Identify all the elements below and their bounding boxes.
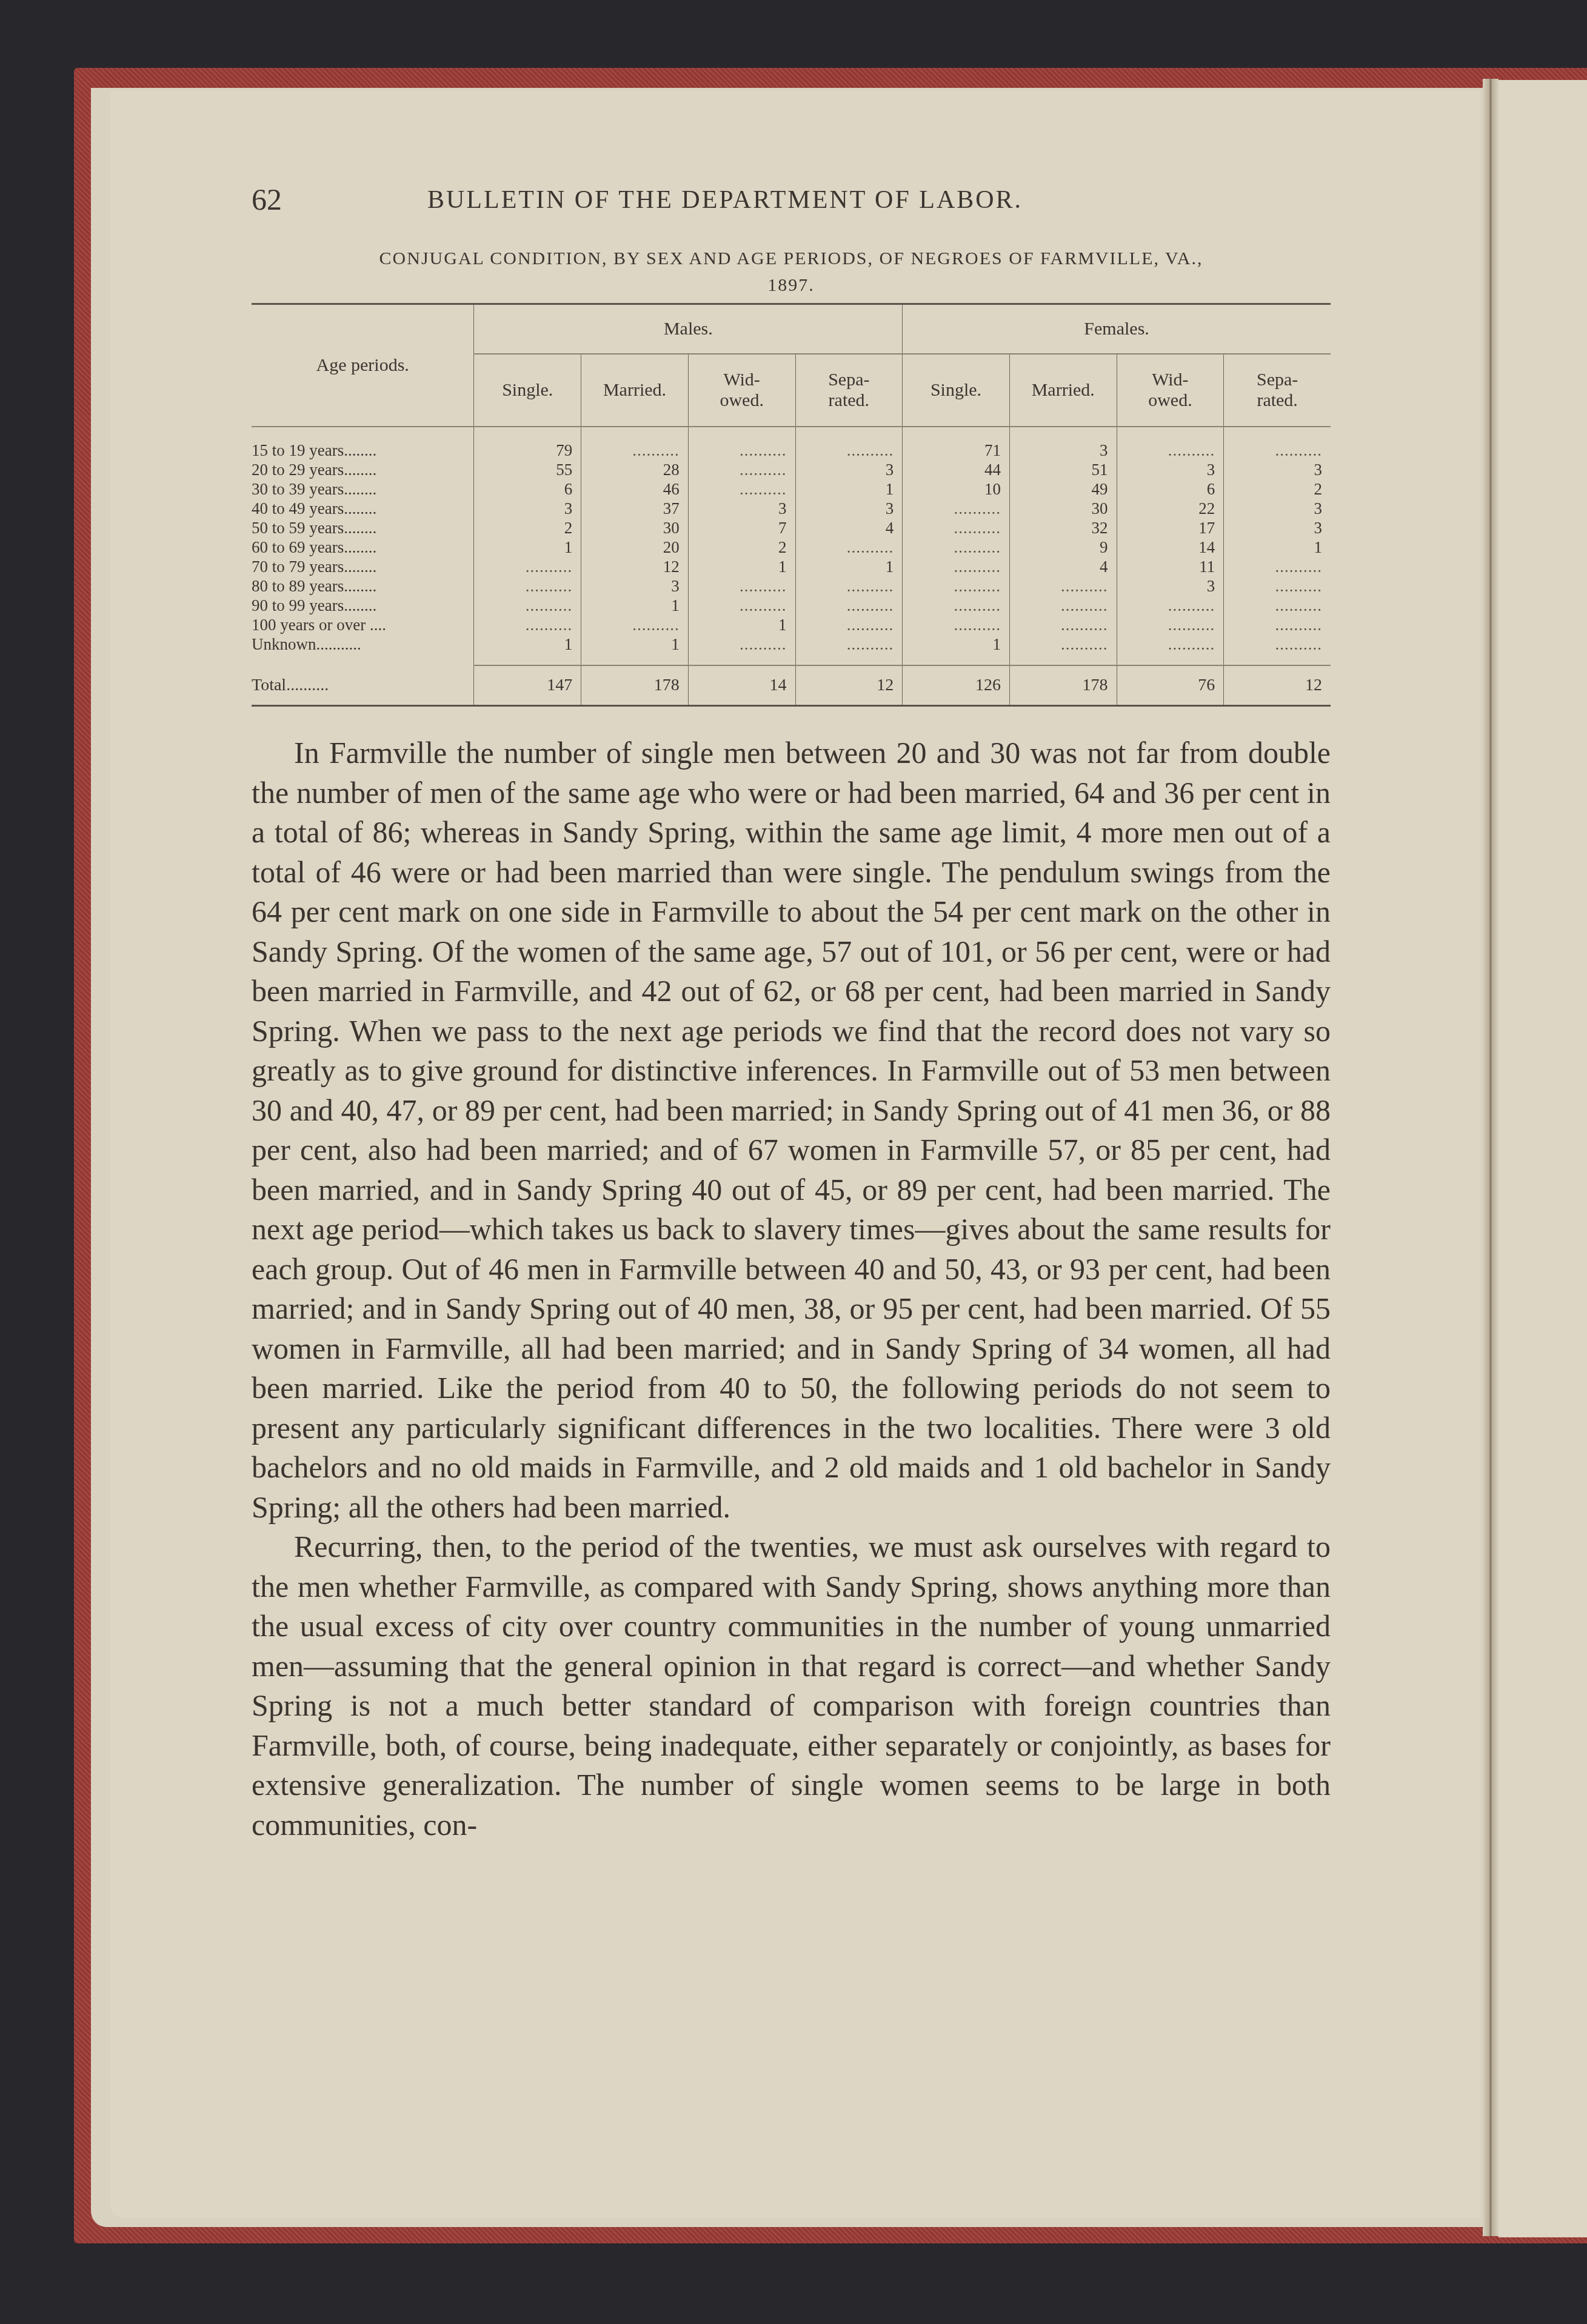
table-cell: 14	[688, 665, 795, 706]
table-title-line-2: 1897.	[252, 272, 1331, 299]
table-cell: 12	[1224, 665, 1331, 706]
table-cell: 2	[1224, 479, 1331, 499]
table-cell: 147	[474, 665, 581, 706]
table-cell: 12	[581, 557, 689, 576]
table-cell: 2	[688, 538, 795, 557]
table-cell: 28	[581, 460, 689, 479]
table-row: 90 to 99 years..................1.......…	[252, 596, 1331, 615]
table-cell: ..........	[903, 499, 1010, 518]
table-cell: ..........	[1224, 596, 1331, 615]
column-header: Wid-owed.	[688, 354, 795, 427]
table-cell: 55	[474, 460, 581, 479]
table-cell: 3	[1224, 460, 1331, 479]
table-cell: 4	[795, 518, 903, 538]
column-header: Single.	[474, 354, 581, 427]
table-row: 15 to 19 years........79................…	[252, 427, 1331, 460]
table-cell: 3	[1009, 427, 1117, 460]
table-cell: 1	[474, 538, 581, 557]
book-gutter	[1483, 79, 1498, 2236]
table-cell: 178	[1009, 665, 1117, 706]
table-cell: 1	[581, 634, 689, 654]
males-group-header: Males.	[474, 305, 903, 354]
row-label: 80 to 89 years........	[252, 576, 474, 596]
table-cell: 1	[903, 634, 1010, 654]
table-cell: ..........	[688, 479, 795, 499]
table-cell: ..........	[903, 518, 1010, 538]
table-cell: 71	[903, 427, 1010, 460]
table-row: 40 to 49 years........33733..........302…	[252, 499, 1331, 518]
table-cell: 1	[581, 596, 689, 615]
table-cell: 14	[1117, 538, 1224, 557]
table-cell: 37	[581, 499, 689, 518]
table-cell: ..........	[795, 538, 903, 557]
table-cell: 79	[474, 427, 581, 460]
table-cell: ..........	[688, 596, 795, 615]
table-cell: 44	[903, 460, 1010, 479]
table-cell: ..........	[1224, 427, 1331, 460]
table-row: 70 to 79 years..................1211....…	[252, 557, 1331, 576]
table-cell: ..........	[903, 557, 1010, 576]
table-cell: ..........	[1117, 634, 1224, 654]
running-head: 62 BULLETIN OF THE DEPARTMENT OF LABOR.	[252, 182, 1331, 218]
table-cell: ..........	[903, 596, 1010, 615]
table-cell: ..........	[795, 596, 903, 615]
table-cell: 30	[581, 518, 689, 538]
table-cell: 3	[474, 499, 581, 518]
row-label: 60 to 69 years........	[252, 538, 474, 557]
table-cell: 32	[1009, 518, 1117, 538]
row-label: 20 to 29 years........	[252, 460, 474, 479]
table-cell: 46	[581, 479, 689, 499]
table-cell: ..........	[795, 634, 903, 654]
table-cell: ..........	[1117, 596, 1224, 615]
column-header-line: owed.	[689, 390, 795, 411]
column-header-line: Sepa-	[1224, 370, 1331, 390]
table-cell: ..........	[688, 576, 795, 596]
table-cell: ..........	[474, 576, 581, 596]
column-header-line: Single.	[474, 380, 581, 401]
table-cell: ..........	[903, 538, 1010, 557]
table-cell: ..........	[903, 576, 1010, 596]
table-cell: 126	[903, 665, 1010, 706]
table-cell: 17	[1117, 518, 1224, 538]
facing-page-edge	[1498, 80, 1587, 2237]
table-cell: 3	[1117, 460, 1224, 479]
table-cell: ..........	[1009, 634, 1117, 654]
table-cell: 4	[1009, 557, 1117, 576]
column-header-line: rated.	[796, 390, 903, 411]
table-cell: ..........	[1224, 576, 1331, 596]
table-cell: 10	[903, 479, 1010, 499]
row-label: 70 to 79 years........	[252, 557, 474, 576]
table-cell: 3	[1117, 576, 1224, 596]
row-label: 30 to 39 years........	[252, 479, 474, 499]
table-cell: 3	[795, 460, 903, 479]
total-row: Total..........14717814121261787612	[252, 665, 1331, 706]
table-cell: 3	[1224, 499, 1331, 518]
table-cell: ..........	[1224, 634, 1331, 654]
table-cell: ..........	[474, 596, 581, 615]
table-cell: 3	[688, 499, 795, 518]
table-cell: 178	[581, 665, 689, 706]
table-title-line-1: CONJUGAL CONDITION, BY SEX AND AGE PERIO…	[252, 245, 1331, 272]
row-label: 90 to 99 years........	[252, 596, 474, 615]
table-cell: 20	[581, 538, 689, 557]
table-row: Unknown...........11....................…	[252, 634, 1331, 654]
table-cell: ..........	[795, 576, 903, 596]
column-header: Married.	[581, 354, 689, 427]
table-cell: 11	[1117, 557, 1224, 576]
table-title: CONJUGAL CONDITION, BY SEX AND AGE PERIO…	[252, 245, 1331, 299]
row-label: Unknown...........	[252, 634, 474, 654]
table-cell: 1	[795, 479, 903, 499]
table-cell: ..........	[581, 615, 689, 634]
column-header-line: Sepa-	[796, 370, 903, 390]
table-cell: 2	[474, 518, 581, 538]
table-cell: 1	[474, 634, 581, 654]
row-label: 50 to 59 years........	[252, 518, 474, 538]
age-periods-header: Age periods.	[252, 305, 474, 427]
table-cell: ..........	[903, 615, 1010, 634]
table-cell: 1	[795, 557, 903, 576]
table-row: 80 to 89 years..................3.......…	[252, 576, 1331, 596]
body-paragraph: In Farmville the number of single men be…	[252, 733, 1331, 1527]
table-row: 50 to 59 years........23074..........321…	[252, 518, 1331, 538]
column-header-line: Married.	[1010, 380, 1117, 401]
table-cell: ..........	[1009, 596, 1117, 615]
table-cell: 51	[1009, 460, 1117, 479]
table-cell: 1	[1224, 538, 1331, 557]
table-cell: 1	[688, 557, 795, 576]
column-header-line: Married.	[581, 380, 688, 401]
row-label: 15 to 19 years........	[252, 427, 474, 460]
running-title: BULLETIN OF THE DEPARTMENT OF LABOR.	[427, 185, 1023, 215]
table-cell: 3	[795, 499, 903, 518]
table-cell: ..........	[688, 460, 795, 479]
table-cell: ..........	[1117, 427, 1224, 460]
column-header: Sepa-rated.	[1224, 354, 1331, 427]
table-cell: 76	[1117, 665, 1224, 706]
table-cell: 3	[581, 576, 689, 596]
table-cell: ..........	[1009, 576, 1117, 596]
column-header: Wid-owed.	[1117, 354, 1224, 427]
table-row: 20 to 29 years........5528..........3445…	[252, 460, 1331, 479]
table-cell: 6	[474, 479, 581, 499]
table-cell: 30	[1009, 499, 1117, 518]
table-cell: ..........	[1224, 615, 1331, 634]
table-row: 60 to 69 years........1202..............…	[252, 538, 1331, 557]
table-cell: 12	[795, 665, 903, 706]
table-cell: ..........	[474, 615, 581, 634]
table-cell: 1	[688, 615, 795, 634]
table-cell: ..........	[688, 634, 795, 654]
column-header: Married.	[1009, 354, 1117, 427]
table-cell: 6	[1117, 479, 1224, 499]
column-header-line: rated.	[1224, 390, 1331, 411]
table-row: 30 to 39 years........646..........11049…	[252, 479, 1331, 499]
conjugal-condition-table: Age periods. Males. Females. Single.Marr…	[252, 303, 1331, 707]
page-number: 62	[252, 182, 282, 217]
body-text: In Farmville the number of single men be…	[252, 733, 1331, 1845]
table-cell: 9	[1009, 538, 1117, 557]
table-cell: ..........	[688, 427, 795, 460]
table-cell: 22	[1117, 499, 1224, 518]
column-header: Sepa-rated.	[795, 354, 903, 427]
column-header-line: Wid-	[689, 370, 795, 390]
column-header-line: Wid-	[1117, 370, 1224, 390]
table-cell: ..........	[581, 427, 689, 460]
body-paragraph: Recurring, then, to the period of the tw…	[252, 1527, 1331, 1845]
column-header-line: Single.	[903, 380, 1009, 401]
row-label: Total..........	[252, 665, 474, 706]
table-cell: 3	[1224, 518, 1331, 538]
table-cell: 7	[688, 518, 795, 538]
females-group-header: Females.	[903, 305, 1331, 354]
table-row: 100 years or over ......................…	[252, 615, 1331, 634]
table-cell: 49	[1009, 479, 1117, 499]
column-header: Single.	[903, 354, 1010, 427]
table-cell: ..........	[795, 615, 903, 634]
row-label: 100 years or over ....	[252, 615, 474, 634]
table-body: 15 to 19 years........79................…	[252, 427, 1331, 707]
table-cell: ..........	[795, 427, 903, 460]
table-cell: ..........	[1224, 557, 1331, 576]
total-separator	[252, 654, 1331, 665]
table-cell: ..........	[1117, 615, 1224, 634]
table-cell: ..........	[474, 557, 581, 576]
row-label: 40 to 49 years........	[252, 499, 474, 518]
column-header-line: owed.	[1117, 390, 1224, 411]
table-cell: ..........	[1009, 615, 1117, 634]
